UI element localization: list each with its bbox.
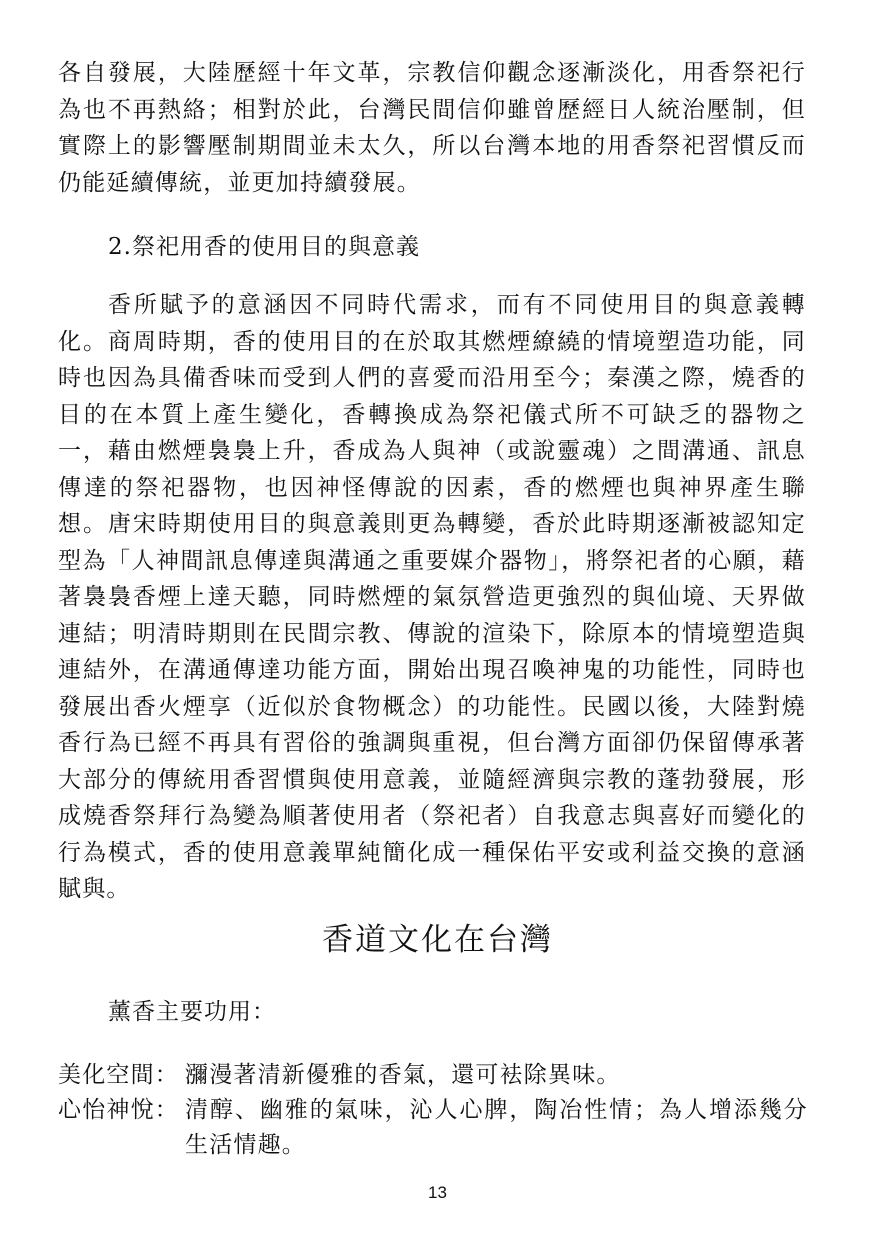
function-description: 瀰漫著清新優雅的香氣，還可袪除異味。 [185,1058,808,1093]
body-paragraph-continuation: 各自發展，大陸歷經十年文革，宗教信仰觀念逐漸淡化，用香祭祀行為也不再熱絡；相對於… [58,55,806,201]
functions-intro: 薰香主要功用： [108,994,276,1030]
function-item: 美化空間： 瀰漫著清新優雅的香氣，還可袪除異味。 [58,1058,808,1093]
subsection-heading: 2.祭祀用香的使用目的與意義 [108,229,420,265]
functions-list: 美化空間： 瀰漫著清新優雅的香氣，還可袪除異味。 心怡神悅： 清醇、幽雅的氣味，… [58,1058,808,1163]
function-term: 美化空間： [58,1058,185,1093]
section-title: 香道文化在台灣 [0,918,875,962]
document-page: 各自發展，大陸歷經十年文革，宗教信仰觀念逐漸淡化，用香祭祀行為也不再熱絡；相對於… [0,0,875,1240]
function-term: 心怡神悅： [58,1093,185,1163]
body-paragraph-incense-purpose: 香所賦予的意涵因不同時代需求，而有不同使用目的與意義轉化。商周時期，香的使用目的… [58,287,806,908]
page-number: 13 [0,1182,875,1204]
function-item: 心怡神悅： 清醇、幽雅的氣味，沁人心脾，陶冶性情；為人增添幾分生活情趣。 [58,1093,808,1163]
function-description: 清醇、幽雅的氣味，沁人心脾，陶冶性情；為人增添幾分生活情趣。 [185,1093,808,1163]
